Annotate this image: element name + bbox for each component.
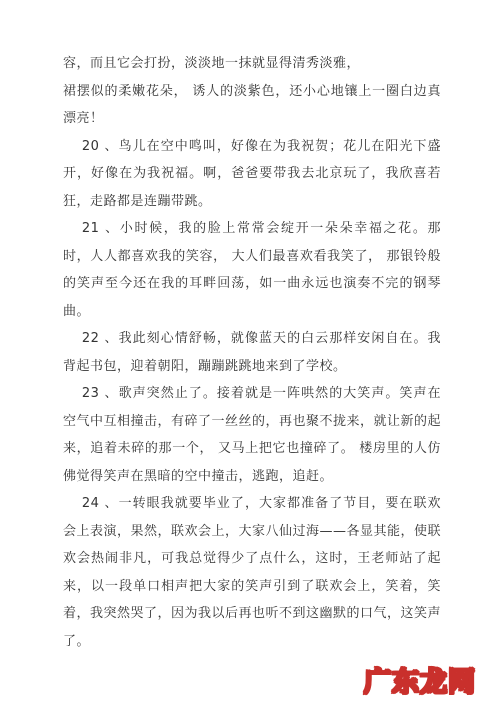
paragraph: 20 、鸟儿在空中鸣叫，好像在为我祝贺；花儿在阳光下盛开，好像在为我祝福。啊，爸… bbox=[63, 133, 441, 216]
paragraph: 22 、我此刻心情舒畅，就像蓝天的白云那样安闲自在。我背起书包，迎着朝阳，蹦蹦跳… bbox=[63, 325, 441, 380]
paragraph: 24 、一转眼我就要毕业了，大家都准备了节目，要在联欢会上表演，果然，联欢会上，… bbox=[63, 490, 441, 655]
paragraph: 容，而且它会打扮，淡淡地一抹就显得清秀淡雅， bbox=[63, 50, 441, 78]
paragraph: 21 、小时候，我的脸上常常会绽开一朵朵幸福之花。那时，人人都喜欢我的笑容， 大… bbox=[63, 215, 441, 325]
paragraph: 裙摆似的柔嫩花朵， 诱人的淡紫色，还小心地镶上一圈白边真漂亮！ bbox=[63, 78, 441, 133]
site-watermark-logo: 广东龙网 bbox=[364, 660, 476, 699]
document-body: 容，而且它会打扮，淡淡地一抹就显得清秀淡雅，裙摆似的柔嫩花朵， 诱人的淡紫色，还… bbox=[63, 50, 441, 655]
paragraph: 23 、歌声突然止了。接着就是一阵哄然的大笑声。笑声在空气中互相撞击，有碎了一丝… bbox=[63, 380, 441, 490]
document-page: 容，而且它会打扮，淡淡地一抹就显得清秀淡雅，裙摆似的柔嫩花朵， 诱人的淡紫色，还… bbox=[0, 0, 500, 708]
